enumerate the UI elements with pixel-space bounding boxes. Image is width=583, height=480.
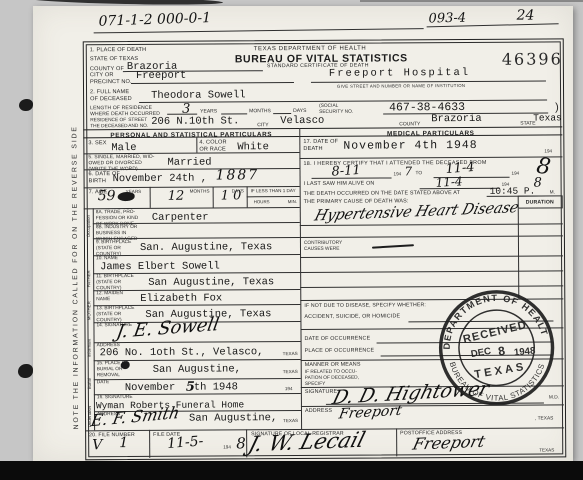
cell-divider <box>213 187 214 208</box>
registrar-signature: J. W. Lecail <box>246 427 368 456</box>
stamp-received-text: RECEIVED <box>462 319 528 346</box>
medical-section-title: MEDICAL PARTICULARS <box>299 126 562 137</box>
ifless-label: IF LESS THAN 1 DAY <box>251 188 296 193</box>
marital-value: Married <box>167 157 211 169</box>
tab-burial: Burial <box>87 378 92 389</box>
rule-line <box>221 113 247 114</box>
hours-label: HOURS <box>254 199 270 204</box>
father-name-value: James Elbert Sowell <box>100 260 220 273</box>
age-years-label: YEARS <box>126 189 142 194</box>
handwritten-code-right-2: 24 <box>517 8 535 24</box>
mother-name-value: Elizabeth Fox <box>140 292 222 305</box>
funeral-address-value: San Augustine, <box>189 412 277 425</box>
texas-suffix: TEXAS <box>283 369 298 374</box>
handwritten-code-right: 093-4 <box>428 11 466 27</box>
street-label: STREET AND NO. <box>128 118 148 130</box>
tab-occupation: Occupation <box>86 215 91 237</box>
cell-divider <box>196 138 197 153</box>
burial-place-value: San Augustine, <box>153 363 241 376</box>
mother-name-label: 12. MAIDEN NAME <box>96 291 123 303</box>
institution-hint: GIVE STREET AND NUMBER OR NAME OF INSTIT… <box>337 83 465 89</box>
burial-date-month: November <box>125 382 175 394</box>
received-stamp: DEPARTMENT OF HEALTH BUREAU OF VITAL STA… <box>428 279 566 417</box>
to-label: TO <box>416 171 423 176</box>
tab-father: FATHER <box>86 270 91 287</box>
ink-dot <box>121 361 130 369</box>
file-number-value: 1 <box>119 435 128 451</box>
date-of-death-value: November 4th 1948 <box>343 139 477 153</box>
precinct-value: Freeport <box>136 70 186 82</box>
personal-section-title: PERSONAL AND STATISTICAL PARTICULARS <box>83 128 299 138</box>
accident-label: ACCIDENT, SUICIDE, OR HOMICIDE <box>304 313 400 320</box>
street-value: 206 N.10th St. <box>151 115 239 128</box>
year-194-label: 194 <box>285 386 293 391</box>
county2-value: Brazoria <box>431 113 481 125</box>
min-label: MIN. <box>288 199 297 204</box>
rule-line <box>94 28 424 33</box>
cell-divider <box>149 430 150 458</box>
days-label: DAYS <box>293 108 306 114</box>
residence-label: RESIDENCE OF THE DECEASED <box>90 118 127 130</box>
informant-address-value: 206 No. 1oth St., Velasco, <box>100 346 264 359</box>
place-of-death-label: 1. PLACE OF DEATH <box>90 47 147 54</box>
file-date-value: 11-5- <box>167 433 204 452</box>
physician-address-label: ADDRESS <box>305 408 332 415</box>
postoffice-address-handwritten: Freeport <box>411 432 487 454</box>
contributory-label: CONTRIBUTORY CAUSES WERE <box>304 241 342 253</box>
physician-signature-label: SIGNATURE <box>305 389 337 396</box>
race-label: 4. COLOR OR RACE <box>199 139 226 153</box>
if-not-due-label: IF NOT DUE TO DISEASE, SPECIFY WHETHER: <box>304 302 426 309</box>
fullname-value: Theodora Sowell <box>151 89 246 102</box>
rule-line <box>167 114 197 115</box>
related-occupation-label: IF RELATED TO OCCU- PATION OF DECEASED, … <box>305 370 359 388</box>
precinct-label: CITY OR PRECINCT NO. <box>90 72 132 86</box>
father-birthplace-label: 11. BIRTHPLACE (STATE OR COUNTRY) <box>96 274 134 291</box>
institution-value: Freeport Hospital <box>329 67 470 80</box>
place-occurrence-label: PLACE OF OCCURRENCE <box>305 348 375 355</box>
death-occurred-statement: THE DEATH OCCURRED ON THE DATE STATED AB… <box>304 190 460 197</box>
cell-divider <box>150 187 151 208</box>
from-year-digit: 7 <box>404 164 412 178</box>
file-check-mark: V <box>92 437 102 453</box>
state-value: Texas <box>533 112 562 123</box>
stamp-month-text: DEC <box>470 346 492 360</box>
texas-suffix: , TEXAS <box>535 416 553 421</box>
texas-suffix: TEXAS <box>283 351 298 356</box>
dob-year-handwritten: 1887 <box>215 167 259 183</box>
file-date-year-digit: 8 <box>236 434 246 452</box>
duration-label: DURATION <box>526 199 554 205</box>
age-months-label: MONTHS <box>190 189 210 194</box>
ssn-label: (SOCIAL SECURITY NO. <box>319 104 353 116</box>
burial-date-year: th 1948 <box>194 381 238 393</box>
rule-line <box>273 113 291 114</box>
age-months-value: 12 <box>168 189 185 204</box>
scanned-death-certificate: 071-1-2 000-0-1 093-4 24 NOTE THE INFORM… <box>0 0 583 480</box>
reverse-side-note: NOTE THE INFORMATION CALLED FOR ON THE R… <box>71 125 80 429</box>
birthplace-value: San. Augustine, Texas <box>140 241 272 254</box>
handwritten-code-left: 071-1-2 000-0-1 <box>98 10 211 30</box>
tab-informant: Informant <box>87 339 92 358</box>
certificate-form: 071-1-2 000-0-1 093-4 24 NOTE THE INFORM… <box>0 0 583 480</box>
father-birthplace-value: San Augustine, Texas <box>148 276 274 289</box>
certificate-number: 46396 <box>502 49 563 68</box>
years-label: YEARS <box>200 109 217 115</box>
city-value: Velasco <box>280 115 324 127</box>
sex-label: 3. SEX <box>88 140 106 147</box>
tab-mother: MOTHER <box>86 301 91 320</box>
burial-date-label: DATE <box>97 380 109 386</box>
texas-suffix: TEXAS <box>283 418 298 423</box>
year-194-label: 194 <box>512 171 520 176</box>
dob-value: November 24th , <box>113 173 208 186</box>
stamp-year-text: 1948 <box>513 345 536 358</box>
length-of-residence-label: LENGTH OF RESIDENCE WHERE DEATH OCCURRED <box>90 105 160 117</box>
year-194-label: 194 <box>544 148 552 153</box>
stamp-day-text: 8 <box>497 344 506 359</box>
date-of-death-label: 17. DATE OF DEATH <box>303 139 338 153</box>
cell-divider <box>396 428 397 456</box>
texas-suffix: TEXAS <box>539 447 554 452</box>
age-days-label: DAYS <box>232 188 244 193</box>
last-saw-statement: I LAST SAW HIM ALIVE ON <box>304 181 375 188</box>
months-label: MONTHS <box>249 108 271 114</box>
manner-means-label: MANNER OR MEANS <box>305 362 361 369</box>
fullname-label: 2. FULL NAME OF DECEASED <box>90 89 132 103</box>
year-194-label: 194 <box>223 444 231 449</box>
age-value: 59 <box>98 188 116 204</box>
year-194-label: 194 <box>394 171 402 176</box>
date-occurrence-label: DATE OF OCCURRENCE <box>305 336 371 343</box>
